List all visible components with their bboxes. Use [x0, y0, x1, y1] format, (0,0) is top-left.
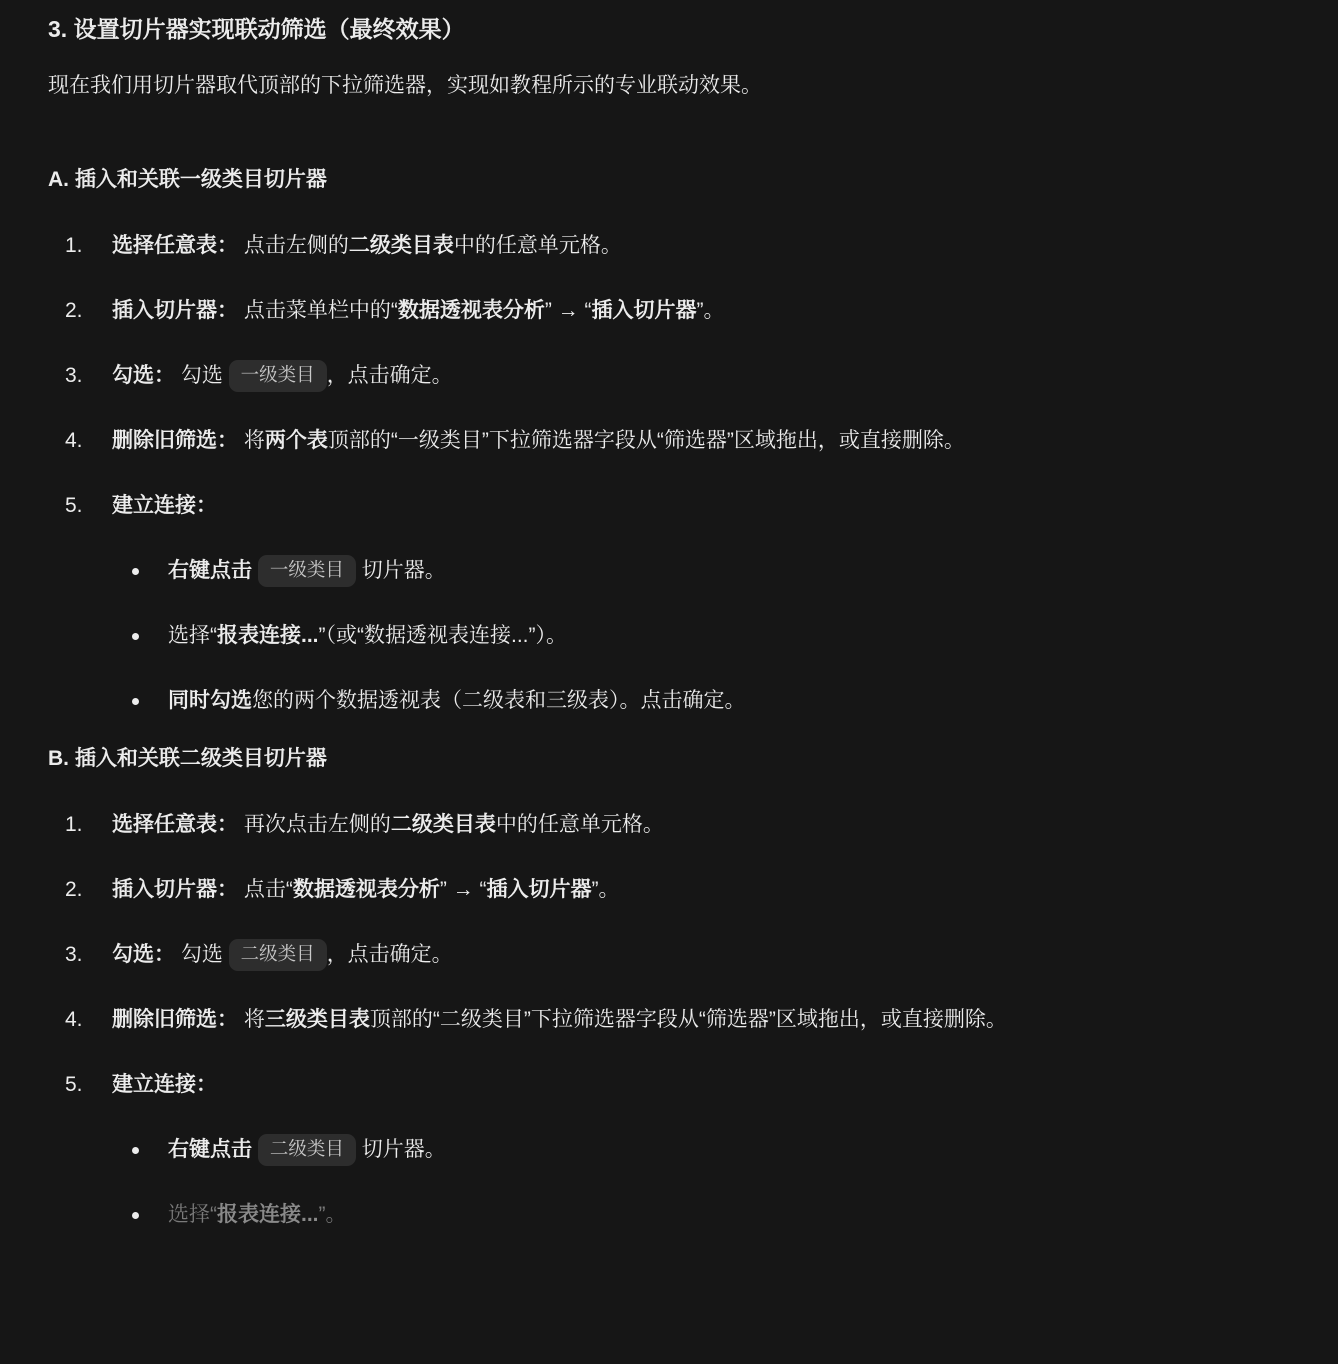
text-run: 切片器。: [356, 1138, 446, 1161]
step-text: 选择任意表： 再次点击左侧的二级类目表中的任意单元格。: [112, 813, 664, 836]
step-number: 5.: [65, 483, 83, 529]
section-a-step-list: 1.选择任意表： 点击左侧的二级类目表中的任意单元格。2.插入切片器： 点击菜单…: [48, 223, 1290, 724]
bullet-item: 右键点击 一级类目 切片器。: [112, 548, 1290, 594]
text-run: 选择“: [168, 624, 217, 647]
step-text: 插入切片器： 点击菜单栏中的“数据透视表分析” → “插入切片器”。: [112, 299, 724, 322]
inline-code-badge: 一级类目: [258, 555, 356, 587]
text-run: 插入切片器: [486, 878, 591, 901]
text-run: [252, 559, 258, 582]
step-number: 3.: [65, 932, 83, 978]
text-run: 插入切片器：: [112, 299, 238, 322]
text-run: 中的任意单元格。: [454, 234, 622, 257]
bullet-text: 同时勾选您的两个数据透视表（二级表和三级表）。点击确定。: [168, 689, 746, 712]
step-item: 1.选择任意表： 再次点击左侧的二级类目表中的任意单元格。: [48, 802, 1290, 848]
text-run: 将: [238, 429, 265, 452]
text-run: 点击左侧的: [238, 234, 349, 257]
step-number: 5.: [65, 1062, 83, 1108]
text-run: ，点击确定。: [327, 943, 453, 966]
bullet-text: 选择“报表连接...”（或“数据透视表连接...”）。: [168, 624, 567, 647]
text-run: 点击“: [238, 878, 293, 901]
bullet-item: 右键点击 二级类目 切片器。: [112, 1127, 1290, 1173]
text-run: 同时勾选: [168, 689, 252, 712]
step-item: 4.删除旧筛选： 将三级类目表顶部的“二级类目”下拉筛选器字段从“筛选器”区域拖…: [48, 997, 1290, 1043]
text-run: ”。: [591, 878, 619, 901]
step-text: 建立连接：: [112, 494, 217, 517]
text-run: 顶部的“二级类目”下拉筛选器字段从“筛选器”区域拖出，或直接删除。: [370, 1008, 1007, 1031]
text-run: 三级类目表: [265, 1008, 370, 1031]
step-text: 删除旧筛选： 将两个表顶部的“一级类目”下拉筛选器字段从“筛选器”区域拖出，或直…: [112, 429, 965, 452]
text-run: 再次点击左侧的: [238, 813, 391, 836]
step-item: 2.插入切片器： 点击菜单栏中的“数据透视表分析” → “插入切片器”。: [48, 288, 1290, 334]
step-item: 2.插入切片器： 点击“数据透视表分析” → “插入切片器”。: [48, 867, 1290, 913]
step-text: 建立连接：: [112, 1073, 217, 1096]
step-item: 1.选择任意表： 点击左侧的二级类目表中的任意单元格。: [48, 223, 1290, 269]
step-number: 2.: [65, 867, 83, 913]
text-run: 选择任意表：: [112, 234, 238, 257]
section-b-step-list: 1.选择任意表： 再次点击左侧的二级类目表中的任意单元格。2.插入切片器： 点击…: [48, 802, 1290, 1238]
step-text: 选择任意表： 点击左侧的二级类目表中的任意单元格。: [112, 234, 622, 257]
chat-content-area: { "colors": { "background": "#161616", "…: [0, 0, 1338, 1364]
text-run: ，点击确定。: [327, 364, 453, 387]
text-run: 插入切片器：: [112, 878, 238, 901]
text-run: 二级类目表: [349, 234, 454, 257]
inline-code-badge: 二级类目: [258, 1134, 356, 1166]
section-b-heading: B. 插入和关联二级类目切片器: [48, 743, 1290, 775]
step-number: 4.: [65, 418, 83, 464]
step-text: 插入切片器： 点击“数据透视表分析” → “插入切片器”。: [112, 878, 619, 901]
step-item: 4.删除旧筛选： 将两个表顶部的“一级类目”下拉筛选器字段从“筛选器”区域拖出，…: [48, 418, 1290, 464]
text-run: 勾选：: [112, 364, 175, 387]
section-a-heading: A. 插入和关联一级类目切片器: [48, 164, 1290, 196]
text-run: 中的任意单元格。: [496, 813, 664, 836]
text-run: ” → “: [440, 878, 487, 901]
inline-code-badge: 一级类目: [229, 360, 327, 392]
sub-bullet-list: 右键点击 二级类目 切片器。选择“报表连接...”。: [112, 1127, 1290, 1238]
text-run: 插入切片器: [591, 299, 696, 322]
text-run: 右键点击: [168, 559, 252, 582]
text-run: 二级类目表: [391, 813, 496, 836]
step-item: 3.勾选： 勾选 二级类目，点击确定。: [48, 932, 1290, 978]
step-text: 删除旧筛选： 将三级类目表顶部的“二级类目”下拉筛选器字段从“筛选器”区域拖出，…: [112, 1008, 1007, 1031]
bullet-icon: [132, 698, 139, 705]
assistant-message: 3. 设置切片器实现联动筛选（最终效果） 现在我们用切片器取代顶部的下拉筛选器，…: [0, 0, 1338, 1238]
bullet-icon: [132, 1147, 139, 1154]
step-number: 1.: [65, 802, 83, 848]
bullet-icon: [132, 568, 139, 575]
text-run: 建立连接：: [112, 494, 217, 517]
bullet-item: 选择“报表连接...”（或“数据透视表连接...”）。: [112, 613, 1290, 659]
text-run: 两个表: [265, 429, 328, 452]
text-run: 删除旧筛选：: [112, 1008, 238, 1031]
text-run: ” → “: [545, 299, 592, 322]
text-run: 报表连接...: [217, 1203, 319, 1226]
step-number: 2.: [65, 288, 83, 334]
text-run: 报表连接...: [217, 624, 319, 647]
step-number: 1.: [65, 223, 83, 269]
text-run: 删除旧筛选：: [112, 429, 238, 452]
text-run: ”（或“数据透视表连接...”）。: [319, 624, 567, 647]
section-a: A. 插入和关联一级类目切片器 1.选择任意表： 点击左侧的二级类目表中的任意单…: [48, 164, 1290, 724]
step-item: 5.建立连接：右键点击 一级类目 切片器。选择“报表连接...”（或“数据透视表…: [48, 483, 1290, 724]
step-item: 3.勾选： 勾选 一级类目，点击确定。: [48, 353, 1290, 399]
bullet-text: 右键点击 二级类目 切片器。: [168, 1138, 446, 1161]
text-run: ”。: [319, 1203, 347, 1226]
text-run: 建立连接：: [112, 1073, 217, 1096]
step-item: 5.建立连接：右键点击 二级类目 切片器。选择“报表连接...”。: [48, 1062, 1290, 1238]
page-title: 3. 设置切片器实现联动筛选（最终效果）: [48, 14, 1290, 44]
text-run: 顶部的“一级类目”下拉筛选器字段从“筛选器”区域拖出，或直接删除。: [328, 429, 965, 452]
inline-code-badge: 二级类目: [229, 939, 327, 971]
section-b: B. 插入和关联二级类目切片器 1.选择任意表： 再次点击左侧的二级类目表中的任…: [48, 743, 1290, 1238]
text-run: 点击菜单栏中的“: [238, 299, 398, 322]
sub-bullet-list: 右键点击 一级类目 切片器。选择“报表连接...”（或“数据透视表连接...”）…: [112, 548, 1290, 724]
text-run: 右键点击: [168, 1138, 252, 1161]
step-text: 勾选： 勾选 一级类目，点击确定。: [112, 364, 453, 387]
text-run: 将: [238, 1008, 265, 1031]
bullet-icon: [132, 633, 139, 640]
step-number: 4.: [65, 997, 83, 1043]
bullet-text: 右键点击 一级类目 切片器。: [168, 559, 446, 582]
text-run: 勾选: [175, 943, 229, 966]
bullet-text: 选择“报表连接...”。: [168, 1203, 347, 1226]
bullet-item: 选择“报表连接...”。: [112, 1192, 1290, 1238]
text-run: 切片器。: [356, 559, 446, 582]
text-run: [252, 1138, 258, 1161]
text-run: ”。: [696, 299, 724, 322]
bullet-item: 同时勾选您的两个数据透视表（二级表和三级表）。点击确定。: [112, 678, 1290, 724]
step-text: 勾选： 勾选 二级类目，点击确定。: [112, 943, 453, 966]
text-run: 您的两个数据透视表（二级表和三级表）。点击确定。: [252, 689, 746, 712]
text-run: 勾选：: [112, 943, 175, 966]
text-run: 数据透视表分析: [398, 299, 545, 322]
text-run: 选择任意表：: [112, 813, 238, 836]
text-run: 勾选: [175, 364, 229, 387]
text-run: 选择“: [168, 1203, 217, 1226]
step-number: 3.: [65, 353, 83, 399]
bullet-icon: [132, 1212, 139, 1219]
intro-paragraph: 现在我们用切片器取代顶部的下拉筛选器，实现如教程所示的专业联动效果。: [48, 70, 1290, 102]
text-run: 数据透视表分析: [293, 878, 440, 901]
